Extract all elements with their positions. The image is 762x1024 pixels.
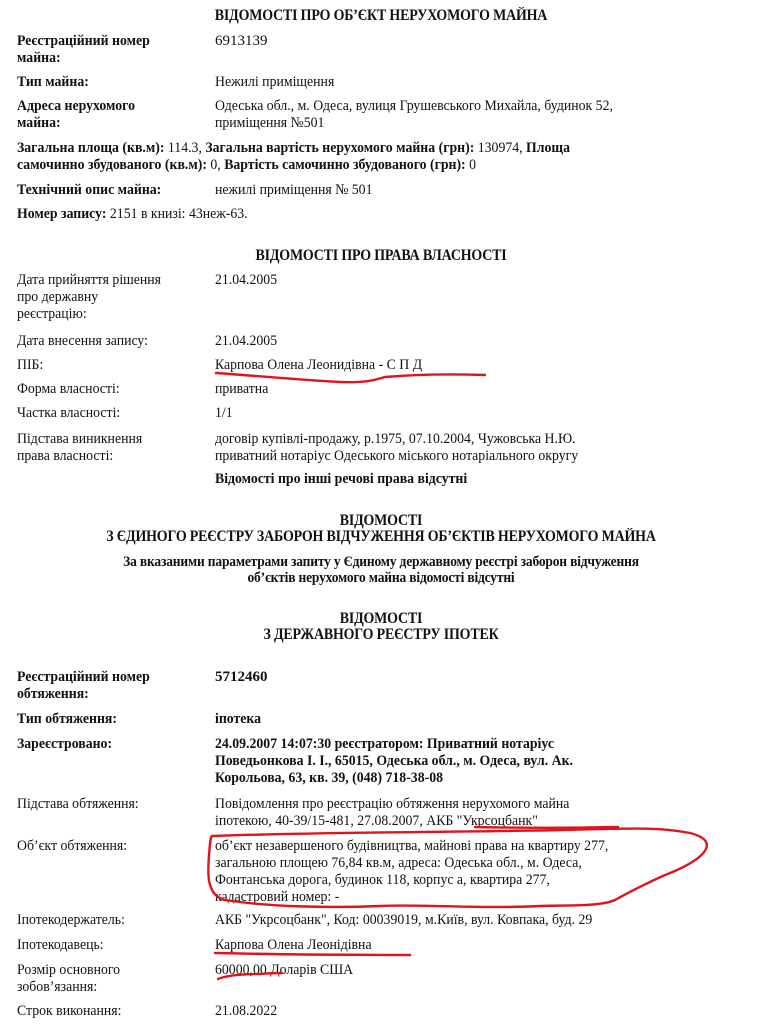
encumbrance-type-value: іпотека bbox=[215, 711, 703, 728]
label: Підстава обтяження: bbox=[17, 796, 192, 813]
label: Номер запису: bbox=[17, 206, 106, 222]
label: Загальна площа (кв.м): bbox=[17, 140, 164, 156]
label: Строк виконання: bbox=[17, 1003, 192, 1020]
label: Частка власності: bbox=[17, 405, 192, 422]
label: права власності: bbox=[17, 448, 113, 464]
ban-section-note-1: За вказаними параметрами запиту у Єдином… bbox=[38, 554, 724, 571]
label: майна: bbox=[17, 115, 61, 131]
label: Іпотекодержатель: bbox=[17, 912, 192, 929]
ownership-share-value: 1/1 bbox=[215, 405, 703, 422]
tech-description-value: нежилі приміщення № 501 bbox=[215, 182, 703, 199]
registered-line: Поведьонкова І. І., 65015, Одеська обл.,… bbox=[215, 753, 573, 769]
label: про державну bbox=[17, 289, 98, 305]
area-value: 114.3 bbox=[168, 140, 199, 156]
label: реєстрацію: bbox=[17, 306, 87, 322]
basis-line: приватний нотаріус Одеського міського но… bbox=[215, 448, 578, 464]
basis-line: договір купівлі-продажу, р.1975, 07.10.2… bbox=[215, 431, 576, 447]
label: Тип майна: bbox=[17, 74, 192, 91]
label: Вартість самочинно збудованого (грн): bbox=[224, 157, 465, 173]
label: Форма власності: bbox=[17, 381, 192, 398]
address-line: приміщення №501 bbox=[215, 115, 324, 131]
obligation-amount-value: 60000,00 Доларів США bbox=[215, 962, 703, 979]
registered-line: Корольова, 63, кв. 39, (048) 718-38-08 bbox=[215, 770, 443, 786]
record-number-row: Номер запису: 2151 в книзі: 43неж-63. bbox=[17, 206, 689, 223]
owner-name-value: Карпова Олена Леонидівна - С П Д bbox=[215, 357, 703, 374]
object-line: об’єкт незавершеного будівництва, майнов… bbox=[215, 838, 608, 854]
label: Тип обтяження: bbox=[17, 711, 192, 728]
object-line: загальною площею 76,84 кв.м, адреса: Оде… bbox=[215, 855, 582, 871]
label: Розмір основного bbox=[17, 962, 120, 978]
label: Технічний опис майна: bbox=[17, 182, 192, 199]
object-line: Фонтанська дорога, будинок 118, корпус а… bbox=[215, 872, 550, 888]
basis-line: іпотекою, 40-39/15-481, 27.08.2007, АКБ … bbox=[215, 813, 538, 829]
label: ПІБ: bbox=[17, 357, 192, 374]
ban-section-title-1: ВІДОМОСТІ bbox=[38, 512, 724, 529]
record-number-value: 2151 в книзі: 43неж-63. bbox=[110, 206, 248, 222]
ban-section-note-2: об’єктів нерухомого майна відомості відс… bbox=[38, 570, 724, 587]
ban-section-title-2: З ЄДИНОГО РЕЄСТРУ ЗАБОРОН ВІДЧУЖЕННЯ ОБ’… bbox=[38, 528, 724, 545]
label: Дата внесення запису: bbox=[17, 333, 192, 350]
label: майна: bbox=[17, 50, 61, 66]
basis-line: Повідомлення про реєстрацію обтяження не… bbox=[215, 796, 569, 812]
encumbrance-reg-number-value: 5712460 bbox=[215, 669, 745, 686]
label: Реєстраційний номер bbox=[17, 33, 150, 49]
label: зобов’язання: bbox=[17, 979, 97, 995]
property-area-cost-row: Загальна площа (кв.м): 114.3, Загальна в… bbox=[17, 140, 689, 174]
entry-date-value: 21.04.2005 bbox=[215, 333, 703, 350]
address-line: Одеська обл., м. Одеса, вулиця Грушевськ… bbox=[215, 98, 613, 114]
label: Реєстраційний номер bbox=[17, 669, 150, 685]
label: Площа bbox=[526, 140, 570, 156]
self-cost-value: 0 bbox=[469, 157, 476, 173]
object-section-title: ВІДОМОСТІ ПРО ОБ’ЄКТ НЕРУХОМОГО МАЙНА bbox=[38, 7, 724, 24]
property-reg-number-value: 6913139 bbox=[215, 33, 745, 50]
label: Зареєстровано: bbox=[17, 736, 192, 753]
label: Об’єкт обтяження: bbox=[17, 838, 192, 855]
label: обтяження: bbox=[17, 686, 89, 702]
cost-value: 130974 bbox=[478, 140, 519, 156]
term-value: 21.08.2022 bbox=[215, 1003, 703, 1020]
label: Підстава виникнення bbox=[17, 431, 142, 447]
mortgage-holder-value: АКБ "Укрсоцбанк", Код: 00039019, м.Київ,… bbox=[215, 912, 703, 929]
ownership-section-title: ВІДОМОСТІ ПРО ПРАВА ВЛАСНОСТІ bbox=[38, 247, 724, 264]
property-type-value: Нежилі приміщення bbox=[215, 74, 703, 91]
mortgage-section-title-1: ВІДОМОСТІ bbox=[38, 610, 724, 627]
registered-line: 24.09.2007 14:07:30 реєстратором: Приват… bbox=[215, 736, 554, 752]
label: Адреса нерухомого bbox=[17, 98, 135, 114]
label: Дата прийняття рішення bbox=[17, 272, 161, 288]
label: самочинно збудованого (кв.м): bbox=[17, 157, 207, 173]
label: Іпотекодавець: bbox=[17, 937, 192, 954]
other-rights-note: Відомості про інші речові права відсутні bbox=[215, 471, 703, 488]
mortgage-giver-value: Карпова Олена Леонідівна bbox=[215, 937, 703, 954]
registry-extract-page: ВІДОМОСТІ ПРО ОБ’ЄКТ НЕРУХОМОГО МАЙНА Ре… bbox=[0, 0, 762, 1024]
self-area-value: 0 bbox=[210, 157, 217, 173]
decision-date-value: 21.04.2005 bbox=[215, 272, 703, 289]
mortgage-section-title-2: З ДЕРЖАВНОГО РЕЄСТРУ ІПОТЕК bbox=[38, 626, 724, 643]
object-line: кадастровий номер: - bbox=[215, 889, 339, 905]
label: Загальна вартість нерухомого майна (грн)… bbox=[205, 140, 474, 156]
ownership-form-value: приватна bbox=[215, 381, 703, 398]
